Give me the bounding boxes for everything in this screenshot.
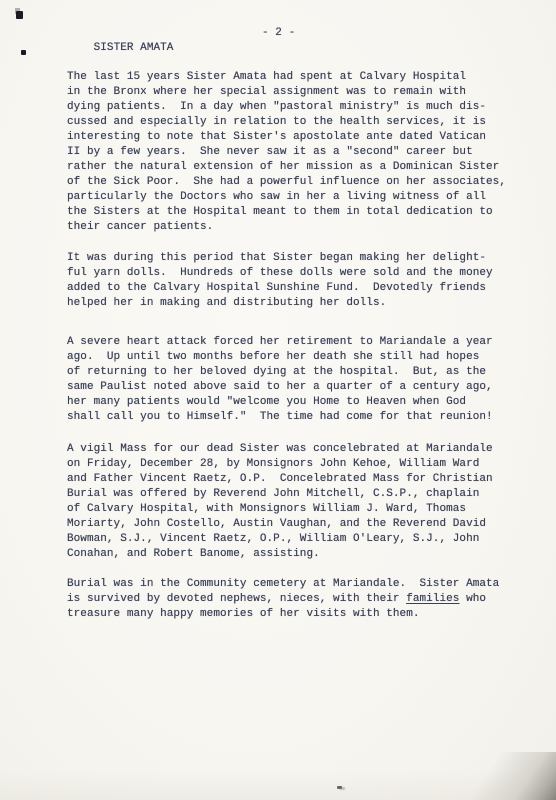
ink-speck-top-left	[16, 11, 23, 19]
paragraph-vigil-mass: A vigil Mass for our dead Sister was con…	[67, 442, 493, 562]
page-number: - 2 -	[262, 26, 295, 41]
paragraph-burial: Burial was in the Community cemetery at …	[67, 577, 499, 622]
ink-speck-left	[21, 50, 26, 55]
paragraph-yarn-dolls: It was during this period that Sister be…	[67, 251, 493, 311]
scanned-document-page: SISTER AMATA - 2 - The last 15 years Sis…	[0, 0, 556, 800]
document-title: SISTER AMATA	[94, 42, 174, 54]
page-curl-shadow	[446, 752, 556, 800]
paragraph-calvary-hospital: The last 15 years Sister Amata had spent…	[67, 70, 506, 235]
paragraph-retirement: A severe heart attack forced her retirem…	[67, 335, 493, 425]
